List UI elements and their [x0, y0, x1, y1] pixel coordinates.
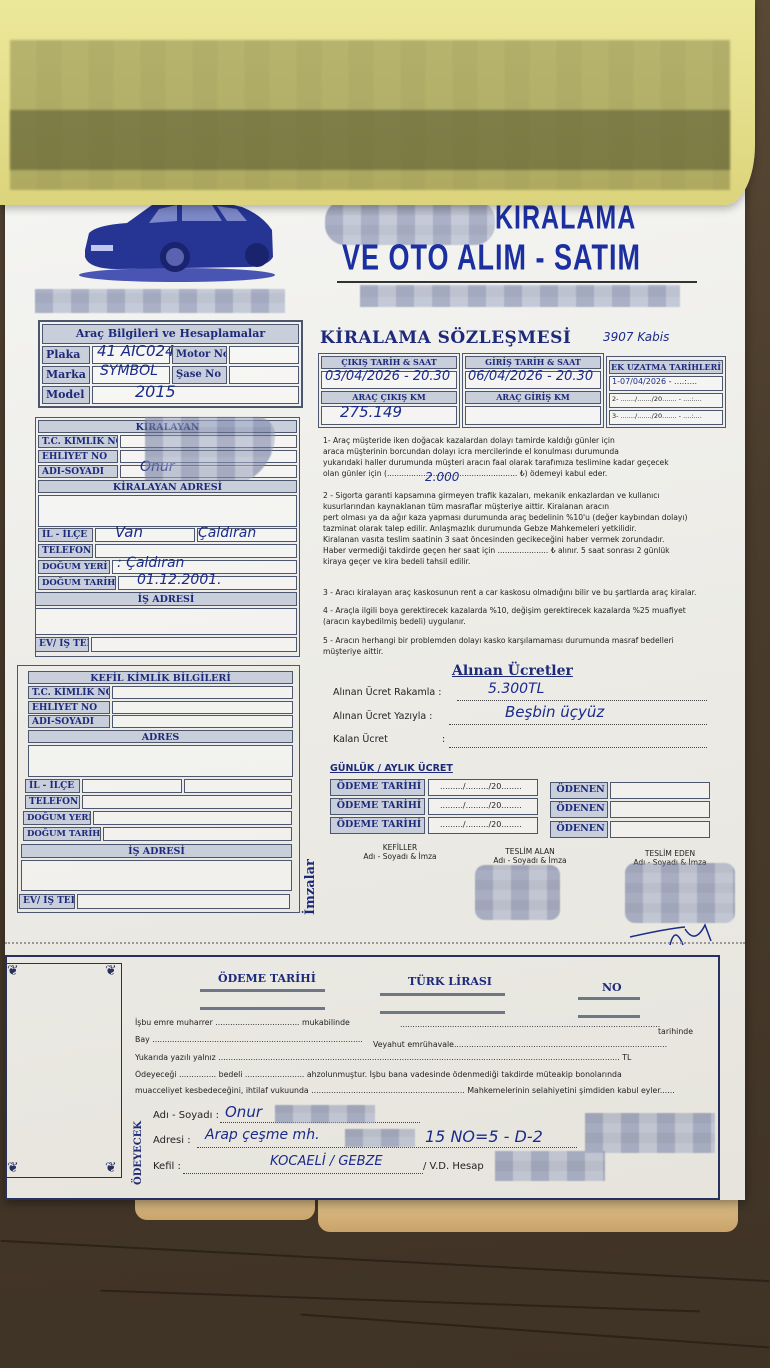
no-field[interactable] — [578, 1015, 640, 1018]
wood-grain — [100, 1290, 700, 1313]
car-icon — [77, 195, 282, 285]
ornament-icon: ❦ — [105, 1160, 117, 1176]
payment-date-label-2: ÖDEME TARİHİ — [330, 798, 425, 815]
guarantor-evis-field[interactable] — [77, 894, 290, 909]
clause-2: 2 - Sigorta garanti kapsamına girmeyen t… — [323, 490, 733, 567]
paid-label-3: ÖDENEN — [550, 821, 608, 838]
fee-yaziyla-value: Beşbin üçyüz — [505, 703, 604, 721]
clause-1-amount: 2.000 — [425, 470, 459, 484]
kefiller-sub: Adı - Soyadı & İmza — [350, 852, 450, 861]
senet-line-4: Ödeyeceği ............... bedeli .......… — [135, 1070, 700, 1079]
payments-title: GÜNLÜK / AYLIK ÜCRET — [330, 763, 453, 774]
perforation-line — [5, 942, 745, 944]
senet-line-1b: tarihinde — [658, 1027, 693, 1036]
guarantor-is-adresi-title: İŞ ADRESİ — [21, 844, 292, 858]
contract-title: KİRALAMA SÖZLEŞMESİ — [320, 328, 571, 348]
guarantor-adres-field[interactable] — [28, 745, 293, 777]
redacted-surname — [275, 1105, 375, 1123]
redacted-area — [10, 110, 730, 170]
clause-3: 3 - Aracı kiralayan araç kaskosunun rent… — [323, 587, 733, 598]
clause-1: 1- Araç müşteride iken doğacak kazalarda… — [323, 435, 733, 479]
guarantor-ehliyet-label: EHLİYET NO — [28, 701, 110, 714]
renter-tc-label: T.C. KİMLİK NO — [38, 435, 118, 448]
divider — [380, 993, 505, 996]
guarantor-adres-title: ADRES — [28, 730, 293, 743]
guarantor-il-label: İL - İLÇE — [25, 779, 80, 793]
cikis-km-value: 275.149 — [340, 403, 402, 421]
renter-ehliyet-label: EHLİYET NO — [38, 450, 118, 463]
odeyecek-adres-field[interactable] — [197, 1147, 577, 1148]
divider — [578, 997, 640, 1000]
guarantor-dogum-tarihi-field[interactable] — [103, 827, 292, 841]
ornament-icon: ❦ — [105, 963, 117, 979]
guarantor-il-field[interactable] — [82, 779, 182, 793]
fee-kalan-field[interactable] — [449, 747, 707, 748]
odeyecek-side-label: ÖDEYECEK — [133, 1121, 144, 1185]
redacted-signature — [475, 865, 560, 920]
redacted-tax-office — [495, 1151, 605, 1181]
renter-il-field[interactable] — [95, 528, 195, 542]
payment-date-value-3: ........./........./20........ — [440, 820, 522, 829]
fee-rakamla-label: Alınan Ücret Rakamla : — [333, 687, 441, 698]
ornament-icon: ❦ — [7, 1160, 19, 1176]
teslim-alan-title: TESLİM ALAN — [475, 847, 585, 856]
stamp-frame — [5, 963, 122, 1178]
teslim-eden-title: TESLİM EDEN — [620, 849, 720, 858]
senet-line-1a: İşbu emre muharrer .....................… — [135, 1018, 350, 1027]
divider — [200, 989, 325, 992]
guarantor-telefon-label: TELEFON — [25, 795, 80, 809]
divider — [337, 281, 697, 283]
guarantor-title: KEFİL KİMLİK BİLGİLERİ — [28, 671, 293, 684]
paid-label-1: ÖDENEN — [550, 782, 608, 799]
wood-grain — [0, 1240, 769, 1282]
payment-date-value-1: ........./........./20........ — [440, 782, 522, 791]
ek-row-3-value: 3- ......./......./20....... - ....:.... — [612, 412, 702, 420]
turk-lirasi-field[interactable] — [380, 1011, 505, 1014]
guarantor-tc-label: T.C. KİMLİK NO — [28, 686, 110, 699]
kefil-field[interactable] — [183, 1173, 423, 1174]
plaka-value: 41 AIC024 — [97, 342, 175, 360]
paid-field-1[interactable] — [610, 782, 710, 799]
odeyecek-adsoyad-value: Onur — [225, 1103, 262, 1121]
guarantor-is-adresi-field[interactable] — [21, 860, 292, 891]
model-field[interactable] — [92, 386, 299, 404]
redacted-address — [585, 1113, 715, 1153]
kefil-label: Kefil : — [153, 1161, 181, 1172]
clause-5: 5 - Aracın herhangi bir problemden dolay… — [323, 635, 733, 657]
paid-field-3[interactable] — [610, 821, 710, 838]
odeyecek-adres-value-2: 15 NO=5 - D-2 — [425, 1127, 543, 1146]
cikis-label: ÇIKIŞ TARİH & SAAT — [321, 356, 457, 369]
vehicle-info-title: Araç Bilgileri ve Hesaplamalar — [42, 324, 299, 344]
giris-label: GİRİŞ TARİH & SAAT — [465, 356, 601, 369]
teslim-alan-sub: Adı - Soyadı & İmza — [475, 856, 585, 865]
fee-rakamla-field[interactable] — [457, 700, 707, 701]
renter-evis-field[interactable] — [91, 637, 297, 652]
signature-scribble — [625, 915, 725, 955]
turk-lirasi-header: TÜRK LİRASI — [408, 975, 492, 988]
sase-no-field[interactable] — [229, 366, 299, 384]
redacted-address — [360, 285, 680, 307]
renter-telefon-label: TELEFON — [38, 544, 93, 558]
ek-row-1-value: 1-07/04/2026 - ....:.... — [612, 377, 697, 386]
redacted-street — [345, 1129, 415, 1147]
motor-no-field[interactable] — [229, 346, 299, 364]
renter-dogum-tarihi-value: 01.12.2001. — [137, 572, 222, 588]
paid-field-2[interactable] — [610, 801, 710, 818]
plaka-label: Plaka — [42, 346, 90, 364]
sase-no-label: Şase No — [172, 366, 227, 384]
company-title-line2: VE OTO ALIM - SATIM — [342, 237, 641, 279]
odeyecek-adsoyad-label: Adı - Soyadı : — [153, 1110, 219, 1121]
ek-uzatma-label: EK UZATMA TARİHLERİ — [609, 360, 723, 374]
senet-line-3[interactable]: Yukarıda yazılı yalnız .................… — [135, 1053, 700, 1062]
guarantor-adsoyad-field[interactable] — [112, 715, 293, 728]
fee-yaziyla-field[interactable] — [449, 724, 707, 725]
redacted-phone — [35, 289, 285, 313]
giris-km-field[interactable] — [465, 406, 601, 425]
guarantor-telefon-field[interactable] — [82, 795, 292, 809]
ornament-icon: ❦ — [7, 963, 19, 979]
contract-note: 3907 Kabis — [603, 330, 669, 344]
wood-grain — [301, 1314, 770, 1349]
renter-address-field[interactable] — [38, 495, 297, 527]
guarantor-tc-field[interactable] — [112, 686, 293, 699]
signatures-side-label: İmzalar — [303, 859, 318, 915]
guarantor-dogum-tarihi-label: DOĞUM TARİHİ — [23, 827, 101, 841]
giris-km-label: ARAÇ GİRİŞ KM — [465, 391, 601, 404]
fee-kalan-colon: : — [442, 734, 445, 745]
redacted-signature — [625, 863, 735, 923]
guarantor-ilce-field[interactable] — [184, 779, 292, 793]
vd-hesap-label: / V.D. Hesap — [423, 1161, 484, 1172]
paid-label-2: ÖDENEN — [550, 801, 608, 818]
fee-kalan-label: Kalan Ücret — [333, 734, 388, 745]
marka-value: SYMBOL — [100, 363, 158, 379]
senet-line-2b[interactable]: Veyahut emrühavale......................… — [373, 1040, 698, 1049]
renter-dogum-tarihi-label: DOĞUM TARİHİ — [38, 576, 116, 590]
guarantor-dogum-yeri-label: DOĞUM YERİ — [23, 811, 91, 825]
payment-date-label-1: ÖDEME TARİHİ — [330, 779, 425, 796]
clause-4: 4 - Araçla ilgili boya gerektirecek kaza… — [323, 605, 733, 627]
senet-line-5: muacceliyet kesbedeceğini, ihtilaf vukuu… — [135, 1086, 705, 1095]
no-header: NO — [602, 981, 622, 994]
guarantor-dogum-yeri-field[interactable] — [93, 811, 292, 825]
renter-address-title: KİRALAYAN ADRESİ — [38, 480, 297, 493]
renter-dogum-yeri-value: : Çaldıran — [117, 555, 184, 571]
guarantor-evis-label: EV/ İŞ TEL — [19, 894, 75, 909]
odeme-tarihi-field[interactable] — [200, 1007, 325, 1010]
model-value: 2015 — [135, 382, 176, 401]
ek-row-2-value: 2- ......./......./20....... - ....:.... — [612, 395, 702, 403]
motor-no-label: Motor No — [172, 346, 227, 364]
cikis-value: 03/04/2026 - 20.30 — [325, 369, 450, 384]
senet-line-1-dots[interactable]: ........................................… — [400, 1020, 660, 1029]
guarantor-adsoyad-label: ADI-SOYADI — [28, 715, 110, 728]
kefiller-signature[interactable]: KEFİLLER Adı - Soyadı & İmza — [350, 843, 450, 861]
marka-label: Marka — [42, 366, 90, 384]
payment-date-value-2: ........./........./20........ — [440, 801, 522, 810]
giris-value: 06/04/2026 - 20.30 — [468, 369, 593, 384]
renter-is-adresi-title: İŞ ADRESİ — [35, 592, 297, 606]
renter-il-value: Van — [115, 523, 143, 541]
odeyecek-adres-value-1: Arap çeşme mh. — [205, 1127, 320, 1143]
odeyecek-adres-label: Adresi : — [153, 1135, 191, 1146]
model-label: Model — [42, 386, 90, 404]
renter-ilce-value: Çaldıran — [198, 525, 256, 541]
renter-evis-label: EV/ İŞ TEL — [35, 637, 89, 652]
rental-contract-sheet: KİRALAMA VE OTO ALIM - SATIM Araç Bilgil… — [5, 185, 745, 1200]
fee-yaziyla-label: Alınan Ücret Yazıyla : — [333, 711, 432, 722]
renter-adsoyad-label: ADI-SOYADI — [38, 465, 118, 478]
renter-il-label: İL - İLÇE — [38, 528, 93, 542]
fee-rakamla-value: 5.300TL — [488, 681, 544, 697]
payment-date-label-3: ÖDEME TARİHİ — [330, 817, 425, 834]
fees-title: Alınan Ücretler — [452, 663, 573, 679]
kefiller-title: KEFİLLER — [350, 843, 450, 852]
renter-is-adresi-field[interactable] — [35, 608, 297, 635]
kefil-value: KOCAELİ / GEBZE — [270, 1154, 383, 1169]
odeme-tarihi-header: ÖDEME TARİHİ — [218, 972, 316, 985]
guarantor-ehliyet-field[interactable] — [112, 701, 293, 714]
renter-dogum-yeri-label: DOĞUM YERİ — [38, 560, 110, 574]
senet-line-2a[interactable]: Bay ....................................… — [135, 1035, 365, 1044]
teslim-alan-signature[interactable]: TESLİM ALAN Adı - Soyadı & İmza — [475, 847, 585, 865]
yellow-carbon-copy — [0, 0, 755, 205]
